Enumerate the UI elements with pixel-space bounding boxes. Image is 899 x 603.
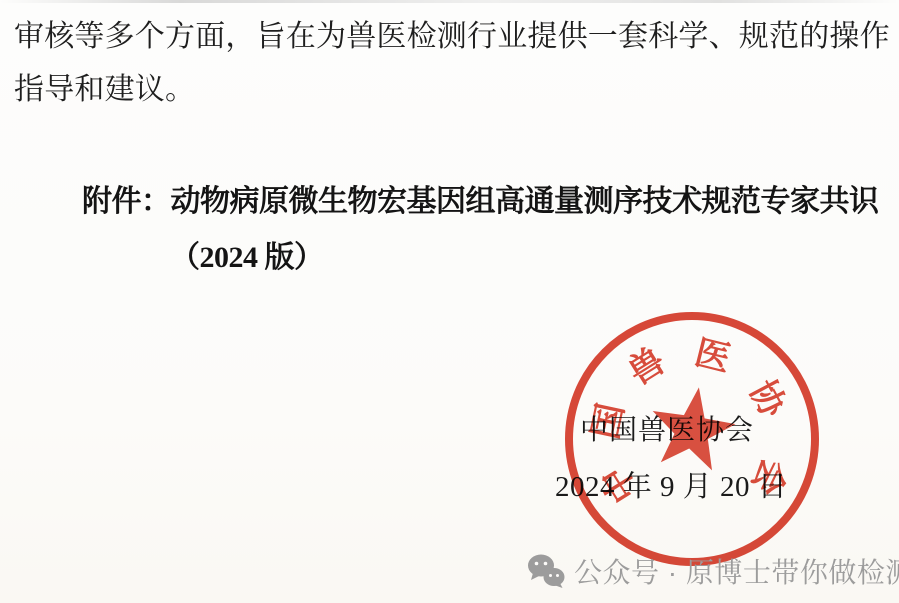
wechat-icon bbox=[527, 553, 565, 589]
seal-char-shou: 兽 bbox=[618, 337, 673, 392]
attachment-edition-line: （2024 版） bbox=[170, 241, 324, 275]
watermark-text: 公众号 · 原博士带你做检测 bbox=[574, 551, 899, 591]
signature-date: 2024 年 9 月 20 日 bbox=[555, 464, 787, 505]
seal-char-yi: 医 bbox=[689, 329, 737, 377]
paragraph-line-2: 指导和建议。 bbox=[14, 73, 195, 107]
scan-artifact bbox=[0, 0, 899, 3]
attachment-line-1: 附件：动物病原微生物宏基因组高通量测序技术规范专家共识 bbox=[82, 185, 879, 219]
signature-organization: 中国兽医协会 bbox=[580, 408, 754, 448]
paragraph-line-1: 审核等多个方面，旨在为兽医检测行业提供一套科学、规范的操作 bbox=[14, 20, 890, 54]
watermark: 公众号 · 原博士带你做检测 bbox=[527, 551, 899, 591]
document-page: 审核等多个方面，旨在为兽医检测行业提供一套科学、规范的操作 指导和建议。 附件：… bbox=[0, 0, 899, 603]
